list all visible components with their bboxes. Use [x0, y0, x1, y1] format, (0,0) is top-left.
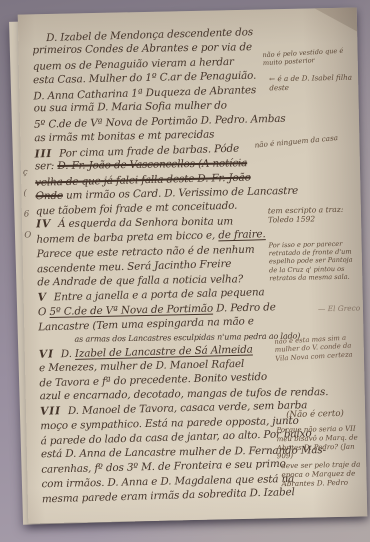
- margin-note-isabel-filha: ← é a de D. Isabel filha deste: [269, 73, 357, 93]
- margin-note-mulher-vila-nova: não é esta mas sim a mulher do V. conde …: [274, 333, 363, 363]
- und-text: Izabel de Lancastre de Sá Almeida: [75, 343, 253, 359]
- margin-note-pantoja: Por isso e por parecer retratado de fron…: [269, 239, 362, 282]
- line-text: D. Pedro de: [213, 301, 276, 314]
- num-text: IV: [36, 217, 51, 230]
- struck-text: Onde: [35, 190, 63, 203]
- num-text: III: [34, 147, 52, 161]
- und-text: de fraire.: [218, 229, 266, 242]
- margin-note-toledo-1592: tem escripto a traz: Toledo 1592: [268, 204, 360, 225]
- margin-note-bisavo: Porque não seria o VII meu bisavô o Marq…: [276, 424, 370, 461]
- line-text: O: [38, 306, 50, 318]
- num-text: VI: [39, 347, 54, 360]
- edge-ink-marks: ç ( 6 O: [23, 162, 32, 246]
- margin-note-el-greco: — El Greco: [318, 303, 360, 313]
- photo-backdrop: ç ( 6 O D. Izabel de Mendonça descendent…: [0, 0, 370, 542]
- struck-text: D. Fr. João de Vasconcellos (A notícia: [57, 157, 247, 172]
- margin-note-nao-e-certo: (Não é certo): [286, 409, 344, 421]
- num-text: VII: [40, 405, 61, 419]
- line-text: ou sua irmã D. Maria Sofia mulher do: [34, 100, 227, 115]
- num-text: V: [37, 291, 47, 304]
- line-text: ser:: [35, 160, 58, 172]
- paper-sheet: ç ( 6 O D. Izabel de Mendonça descendent…: [18, 8, 368, 524]
- line-text: D.: [61, 347, 75, 359]
- margin-note-marquez-abrantes: deve ser pelo traje da epoca o Marquez d…: [281, 459, 370, 488]
- struck-text: velha de que já falei falla deste D. Fr.…: [35, 171, 251, 188]
